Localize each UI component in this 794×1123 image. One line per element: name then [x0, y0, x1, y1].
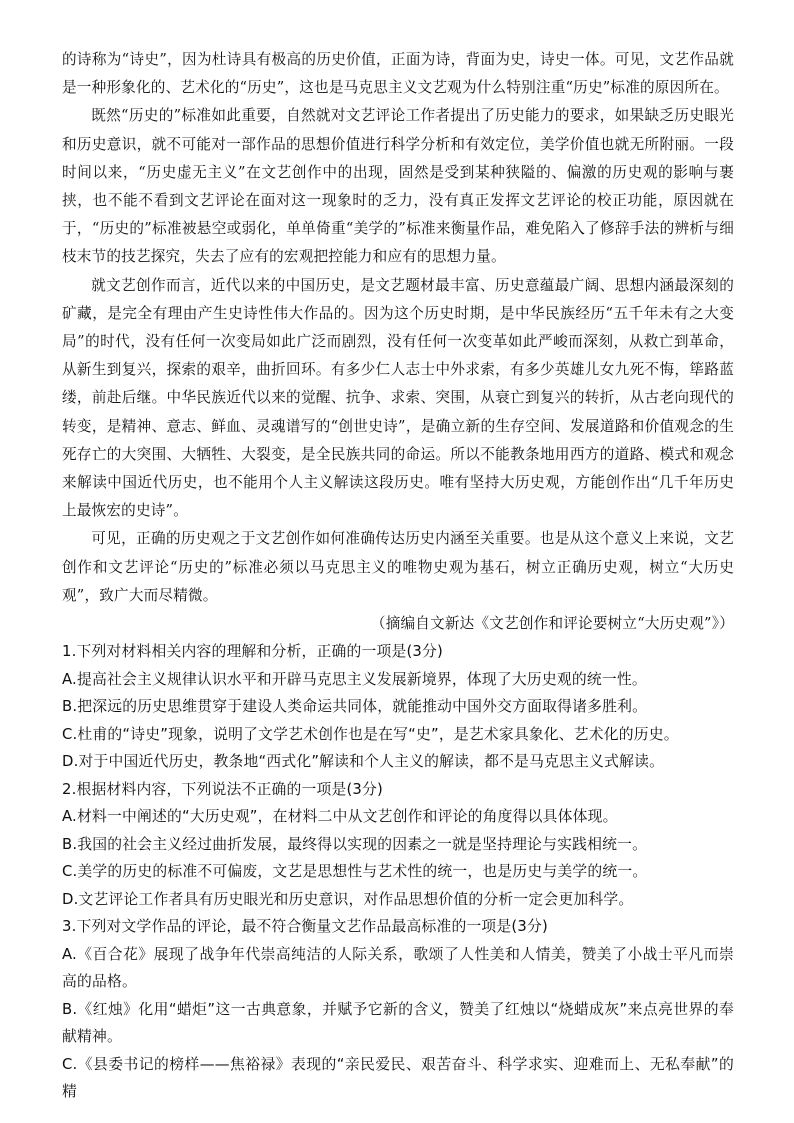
passage-paragraph-continuation: 的诗称为“诗史”，因为杜诗具有极高的历史价值，正面为诗，背面为史，诗史一体。可见…: [62, 46, 734, 102]
reading-passage: 的诗称为“诗史”，因为杜诗具有极高的历史价值，正面为诗，背面为史，诗史一体。可见…: [62, 46, 734, 638]
question-option-a: A.《百合花》展现了战争年代崇高纯洁的人际关系，歌颂了人性美和人情美，赞美了小战…: [62, 941, 734, 996]
passage-paragraph: 就文艺创作而言，近代以来的中国历史，是文艺题材最丰富、历史意蕴最广阔、思想内涵最…: [62, 272, 734, 526]
question-stem: 3.下列对文学作品的评论，最不符合衡量文艺作品最高标准的一项是(3分): [62, 913, 734, 941]
question-option-b: B.我国的社会主义经过曲折发展，最终得以实现的因素之一就是坚持理论与实践相统一。: [62, 831, 734, 859]
question-stem: 2.根据材料内容，下列说法不正确的一项是(3分): [62, 776, 734, 804]
exam-page: 的诗称为“诗史”，因为杜诗具有极高的历史价值，正面为诗，背面为史，诗史一体。可见…: [0, 0, 794, 1123]
passage-paragraph: 可见，正确的历史观之于文艺创作如何准确传达历史内涵至关重要。也是从这个意义上来说…: [62, 525, 734, 610]
question-stem: 1.下列对材料相关内容的理解和分析，正确的一项是(3分): [62, 638, 734, 666]
question-option-d: D.对于中国近代历史，教条地“西式化”解读和个人主义的解读，都不是马克思主义式解…: [62, 748, 734, 776]
question-option-c: C.《县委书记的榜样——焦裕禄》表现的“亲民爱民、艰苦奋斗、科学求实、迎难而上、…: [62, 1051, 734, 1106]
question-2: 2.根据材料内容，下列说法不正确的一项是(3分) A.材料一中阐述的“大历史观”…: [62, 776, 734, 914]
question-option-c: C.美学的历史的标准不可偏废，文艺是思想性与艺术性的统一，也是历史与美学的统一。: [62, 858, 734, 886]
question-option-b: B.把深远的历史思维贯穿于建设人类命运共同体，就能推动中国外交方面取得诸多胜利。: [62, 693, 734, 721]
question-option-d: D.文艺评论工作者具有历史眼光和历史意识，对作品思想价值的分析一定会更加科学。: [62, 886, 734, 914]
passage-paragraph: 既然“历史的”标准如此重要，自然就对文艺评论工作者提出了历史能力的要求，如果缺乏…: [62, 102, 734, 271]
question-3: 3.下列对文学作品的评论，最不符合衡量文艺作品最高标准的一项是(3分) A.《百…: [62, 913, 734, 1106]
question-option-a: A.提高社会主义规律认识水平和开辟马克思主义发展新境界，体现了大历史观的统一性。: [62, 666, 734, 694]
question-option-a: A.材料一中阐述的“大历史观”，在材料二中从文艺创作和评论的角度得以具体体现。: [62, 803, 734, 831]
questions-section: 1.下列对材料相关内容的理解和分析，正确的一项是(3分) A.提高社会主义规律认…: [62, 638, 734, 1106]
passage-attribution: （摘编自文新达《文艺创作和评论要树立“大历史观”》）: [62, 610, 734, 638]
question-option-b: B.《红烛》化用“蜡炬”这一古典意象，并赋予它新的含义，赞美了红烛以“烧蜡成灰”…: [62, 996, 734, 1051]
question-1: 1.下列对材料相关内容的理解和分析，正确的一项是(3分) A.提高社会主义规律认…: [62, 638, 734, 776]
question-option-c: C.杜甫的“诗史”现象，说明了文学艺术创作也是在写“史”，是艺术家具象化、艺术化…: [62, 721, 734, 749]
